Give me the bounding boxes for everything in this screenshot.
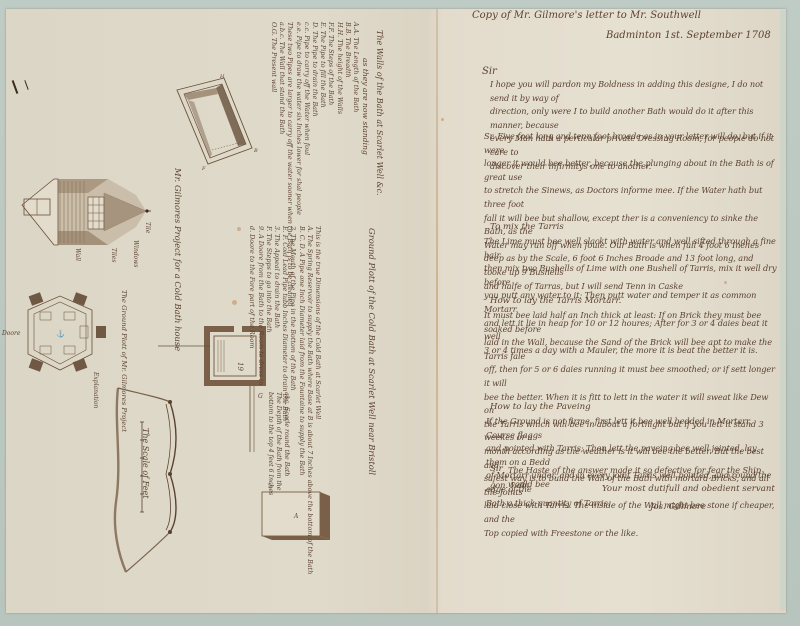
scale-of-feet-drawing [112,382,200,578]
section-heading-mix-tarris: To mix the Tarris [490,222,564,232]
legend-item: 2. The Mouth of the Pipe in the Bottom o… [289,226,297,574]
svg-text:F: F [201,166,206,172]
legend-item: d. Doore to the Fore part of the Room [248,226,256,574]
text-line: Top copied with Freestone or the like. [484,527,778,541]
walls-caption-subtitle: as they are now standing [360,58,370,155]
plan-label-explanation: Explanation [90,372,100,408]
text-line: longer it would bee better, because the … [484,157,778,184]
text-line: off, then for 5 or 6 daies running it mu… [484,363,778,390]
legend-item: B.B. The Breadth [344,22,352,307]
hexagonal-ground-plan: ⚓ [8,290,108,385]
sheet-edge [780,10,786,610]
postscript-end: gon. I am [490,480,529,490]
svg-text:H: H [219,74,225,80]
legend-item: H.H. The height of the Walls [335,22,343,307]
plan-label-doore: Doore [2,330,20,337]
text-line: to stretch the Sinews, as Doctors inform… [484,184,778,211]
text-line: direction, only were I to build another … [490,105,778,132]
section-heading-paveing: How to lay the Paveing [490,402,591,412]
house-label-wall: Wall [72,248,82,261]
walls-caption-title: The Walls of the Bath at Scarlet Well &c… [374,30,384,196]
text-line: It must bee laid half an Inch thick at l… [484,309,778,336]
scale-caption: The Scale of Feet [140,428,150,498]
text-line: The Lime must bee well slackt with water… [484,235,778,262]
foxing-stain [441,118,444,121]
bath-house-elevation [18,175,163,250]
legend-item: B. C. D. A Pipe one Inch Diameter laid f… [297,226,305,574]
text-line: If the Ground is not firme, first lett i… [486,415,778,442]
legend-item: F.F. The Steps of the Bath [327,22,335,307]
letter-closing: Your most dutifull and obedient servant [602,484,775,494]
legend-item: 9. A Doore from the Bath to the Room to … [256,226,264,574]
section-paveing: If the Ground is not firme, first lett i… [486,415,778,510]
letter-date: Badminton 1st. September 1708 [606,30,771,41]
section-heading-lay-mortarr: How to lay the Tarris Mortarr. [490,296,621,306]
letter-salutation: Sir [482,66,497,77]
letter-title: Copy of Mr. Gilmore's letter to Mr. Sout… [472,10,701,21]
ground-plan-notes: abc. Scarle round the Bath The Depth of … [266,392,290,495]
letter-signature: Jos. Gillmore [650,502,706,512]
page-fold [436,9,438,613]
bath-perspective-drawing: H B F [172,72,262,172]
text-line: I hope you will pardon my Boldness in ad… [490,78,778,105]
svg-text:B: B [253,148,258,154]
text-line: then mix two Bushells of Lime with one B… [484,262,778,289]
foxing-stain [237,227,241,231]
note-line: abc. Scarle round the Bath [282,392,290,495]
legend-item: A. The Spring Reservoir to supply the Ba… [306,226,314,574]
legend-intro: This is the true Dimensions of the Cold … [314,226,322,574]
note-line: The Depth of the Bath from the [274,392,282,495]
house-label-tile: Tile [142,222,152,233]
foxing-stain [232,300,237,305]
svg-text:⚓: ⚓ [56,329,65,338]
text-line: Sr. Five foot long and tenn foot broade … [484,130,778,157]
text-line: laid in the Wall, because the Sand of th… [484,336,778,363]
note-line: bottom to the top 4 feet 6 Inches [266,392,274,495]
house-label-tiles: Tiles [108,248,118,262]
ground-plan-title: Ground Plott of the Cold Bath at Scarlet… [366,228,376,475]
legend-item: A.A. The Length of the Bath [352,22,360,307]
text-line: Bath a thick quantity of Tarris. [486,497,778,511]
postscript-lead: Sir [490,464,503,474]
house-label-windows: Windows [130,240,140,268]
svg-text:19: 19 [236,362,244,371]
